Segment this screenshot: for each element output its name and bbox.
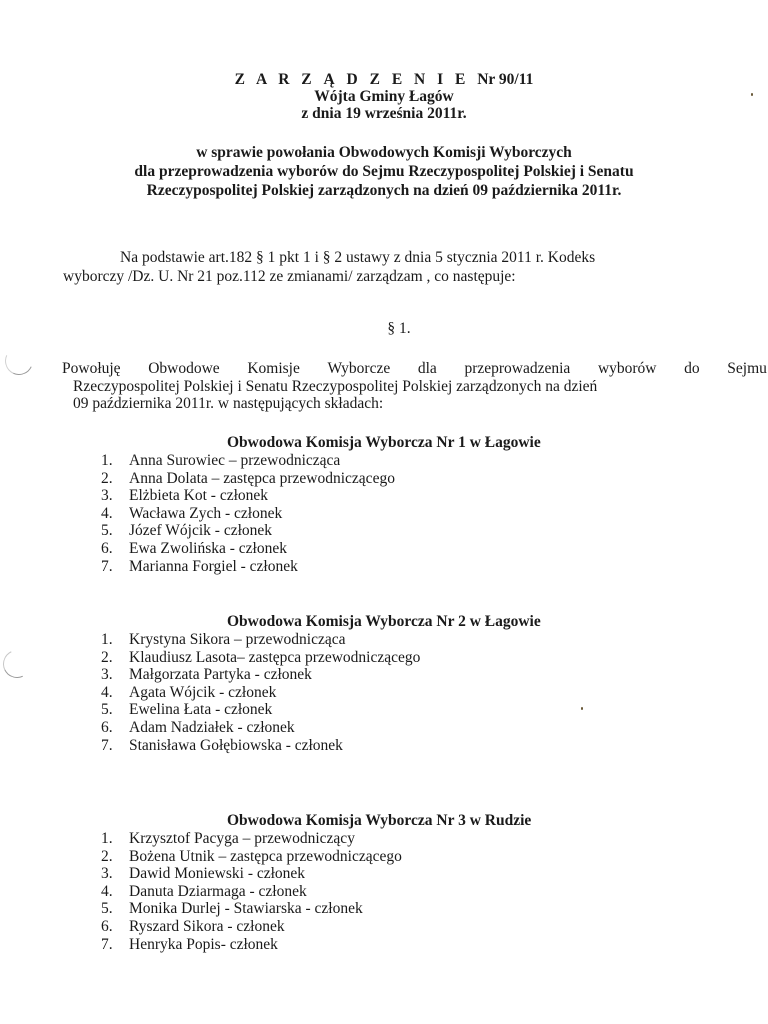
punch-hole-mark	[0, 646, 35, 682]
appointment-word: Sejmu	[727, 360, 767, 378]
member-list-item: 2.Anna Dolata – zastępca przewodnicząceg…	[100, 470, 700, 488]
member-number: 1.	[100, 631, 129, 649]
member-list-item: 1.Anna Surowiec – przewodnicząca	[100, 452, 700, 470]
member-name-role: Marianna Forgiel - członek	[129, 558, 700, 576]
member-number: 6.	[100, 540, 129, 558]
committee-title: Obwodowa Komisja Wyborcza Nr 1 w Łagowie	[100, 434, 700, 452]
committee-title: Obwodowa Komisja Wyborcza Nr 3 w Rudzie	[100, 812, 700, 830]
member-name-role: Dawid Moniewski - członek	[129, 865, 700, 883]
member-list: 1.Krystyna Sikora – przewodnicząca2.Klau…	[100, 631, 700, 754]
member-number: 3.	[100, 487, 129, 505]
issuer: Wójta Gminy Łagów	[0, 88, 768, 105]
committee-section: Obwodowa Komisja Wyborcza Nr 1 w Łagowie…	[100, 434, 700, 575]
document-title: Z A R Z Ą D Z E N I E Nr 90/11	[0, 71, 768, 88]
member-number: 6.	[100, 719, 129, 737]
member-number: 4.	[100, 684, 129, 702]
member-list-item: 4.Agata Wójcik - członek	[100, 684, 700, 702]
issue-date: z dnia 19 września 2011r.	[0, 105, 768, 122]
member-list-item: 1.Krzysztof Pacyga – przewodniczący	[100, 830, 700, 848]
member-name-role: Agata Wójcik - członek	[129, 684, 700, 702]
member-number: 2.	[100, 649, 129, 667]
member-name-role: Elżbieta Kot - członek	[129, 487, 700, 505]
member-name-role: Anna Dolata – zastępca przewodniczącego	[129, 470, 700, 488]
member-list-item: 4.Wacława Zych - członek	[100, 505, 700, 523]
appointment-word: do	[684, 360, 700, 378]
document-header: Z A R Z Ą D Z E N I E Nr 90/11 Wójta Gmi…	[0, 71, 768, 122]
member-number: 1.	[100, 830, 129, 848]
member-list-item: 7.Stanisława Gołębiowska - członek	[100, 737, 700, 755]
appointment-line: Rzeczypospolitej Polskiej i Senatu Rzecz…	[62, 378, 767, 396]
appointment-line: PowołujęObwodoweKomisjeWyborczedlaprzepr…	[62, 360, 767, 378]
member-list: 1.Krzysztof Pacyga – przewodniczący2.Boż…	[100, 830, 700, 953]
member-list-item: 5.Józef Wójcik - członek	[100, 522, 700, 540]
member-number: 7.	[100, 936, 129, 954]
member-number: 7.	[100, 737, 129, 755]
subject-line: Rzeczypospolitej Polskiej zarządzonych n…	[0, 181, 768, 200]
document-number: Nr 90/11	[477, 71, 533, 88]
appointment-paragraph: PowołujęObwodoweKomisjeWyborczedlaprzepr…	[62, 360, 767, 413]
member-list-item: 7.Marianna Forgiel - członek	[100, 558, 700, 576]
document-subject: w sprawie powołania Obwodowych Komisji W…	[0, 143, 768, 200]
appointment-word: Obwodowe	[148, 360, 219, 378]
member-name-role: Ewa Zwolińska - członek	[129, 540, 700, 558]
member-name-role: Krzysztof Pacyga – przewodniczący	[129, 830, 700, 848]
member-name-role: Józef Wójcik - członek	[129, 522, 700, 540]
appointment-word: przeprowadzenia	[464, 360, 570, 378]
member-name-role: Małgorzata Partyka - członek	[129, 666, 700, 684]
committee-title: Obwodowa Komisja Wyborcza Nr 2 w Łagowie	[100, 613, 700, 631]
member-list-item: 6.Ewa Zwolińska - członek	[100, 540, 700, 558]
member-number: 5.	[100, 900, 129, 918]
appointment-word: Wyborcze	[327, 360, 390, 378]
appointment-word: dla	[418, 360, 437, 378]
member-name-role: Bożena Utnik – zastępca przewodniczącego	[129, 848, 700, 866]
member-list-item: 1.Krystyna Sikora – przewodnicząca	[100, 631, 700, 649]
appointment-line: 09 października 2011r. w następujących s…	[62, 395, 767, 413]
member-name-role: Adam Nadziałek - członek	[129, 719, 700, 737]
member-number: 2.	[100, 470, 129, 488]
title-word: Z A R Z Ą D Z E N I E	[235, 71, 470, 88]
member-number: 2.	[100, 848, 129, 866]
member-number: 5.	[100, 701, 129, 719]
subject-line: dla przeprowadzenia wyborów do Sejmu Rze…	[0, 162, 768, 181]
member-number: 5.	[100, 522, 129, 540]
member-name-role: Henryka Popis- członek	[129, 936, 700, 954]
committee-section: Obwodowa Komisja Wyborcza Nr 2 w Łagowie…	[100, 613, 700, 754]
member-list-item: 5.Ewelina Łata - członek	[100, 701, 700, 719]
member-name-role: Monika Durlej - Stawiarska - członek	[129, 900, 700, 918]
member-number: 3.	[100, 666, 129, 684]
legal-basis-line: wyborczy /Dz. U. Nr 21 poz.112 ze zmiana…	[63, 267, 703, 286]
member-number: 6.	[100, 918, 129, 936]
member-list-item: 3.Małgorzata Partyka - członek	[100, 666, 700, 684]
appointment-word: Powołuję	[62, 360, 121, 378]
member-list-item: 4.Danuta Dziarmaga - członek	[100, 883, 700, 901]
member-number: 4.	[100, 883, 129, 901]
punch-hole-mark	[1, 343, 37, 379]
member-list-item: 6.Adam Nadziałek - członek	[100, 719, 700, 737]
member-list-item: 2.Klaudiusz Lasota– zastępca przewodnicz…	[100, 649, 700, 667]
scanned-document-page: Z A R Z Ą D Z E N I E Nr 90/11 Wójta Gmi…	[0, 0, 768, 1024]
appointment-word: Komisje	[247, 360, 300, 378]
member-number: 7.	[100, 558, 129, 576]
legal-basis-line: Na podstawie art.182 § 1 pkt 1 i § 2 ust…	[63, 248, 703, 267]
member-name-role: Ewelina Łata - członek	[129, 701, 700, 719]
member-number: 3.	[100, 865, 129, 883]
appointment-word: wyborów	[598, 360, 657, 378]
section-sign: § 1.	[0, 320, 768, 338]
member-name-role: Krystyna Sikora – przewodnicząca	[129, 631, 700, 649]
member-list-item: 3.Elżbieta Kot - członek	[100, 487, 700, 505]
member-name-role: Klaudiusz Lasota– zastępca przewodnicząc…	[129, 649, 700, 667]
member-name-role: Danuta Dziarmaga - członek	[129, 883, 700, 901]
subject-line: w sprawie powołania Obwodowych Komisji W…	[0, 143, 768, 162]
member-number: 1.	[100, 452, 129, 470]
member-number: 4.	[100, 505, 129, 523]
committee-section: Obwodowa Komisja Wyborcza Nr 3 w Rudzie …	[100, 812, 700, 953]
member-name-role: Anna Surowiec – przewodnicząca	[129, 452, 700, 470]
member-list-item: 5.Monika Durlej - Stawiarska - członek	[100, 900, 700, 918]
legal-basis-paragraph: Na podstawie art.182 § 1 pkt 1 i § 2 ust…	[63, 248, 703, 286]
member-list-item: 6.Ryszard Sikora - członek	[100, 918, 700, 936]
member-list-item: 2.Bożena Utnik – zastępca przewodniczące…	[100, 848, 700, 866]
member-name-role: Wacława Zych - członek	[129, 505, 700, 523]
member-list: 1.Anna Surowiec – przewodnicząca2.Anna D…	[100, 452, 700, 575]
member-name-role: Stanisława Gołębiowska - członek	[129, 737, 700, 755]
member-list-item: 7.Henryka Popis- członek	[100, 936, 700, 954]
member-name-role: Ryszard Sikora - członek	[129, 918, 700, 936]
member-list-item: 3.Dawid Moniewski - członek	[100, 865, 700, 883]
